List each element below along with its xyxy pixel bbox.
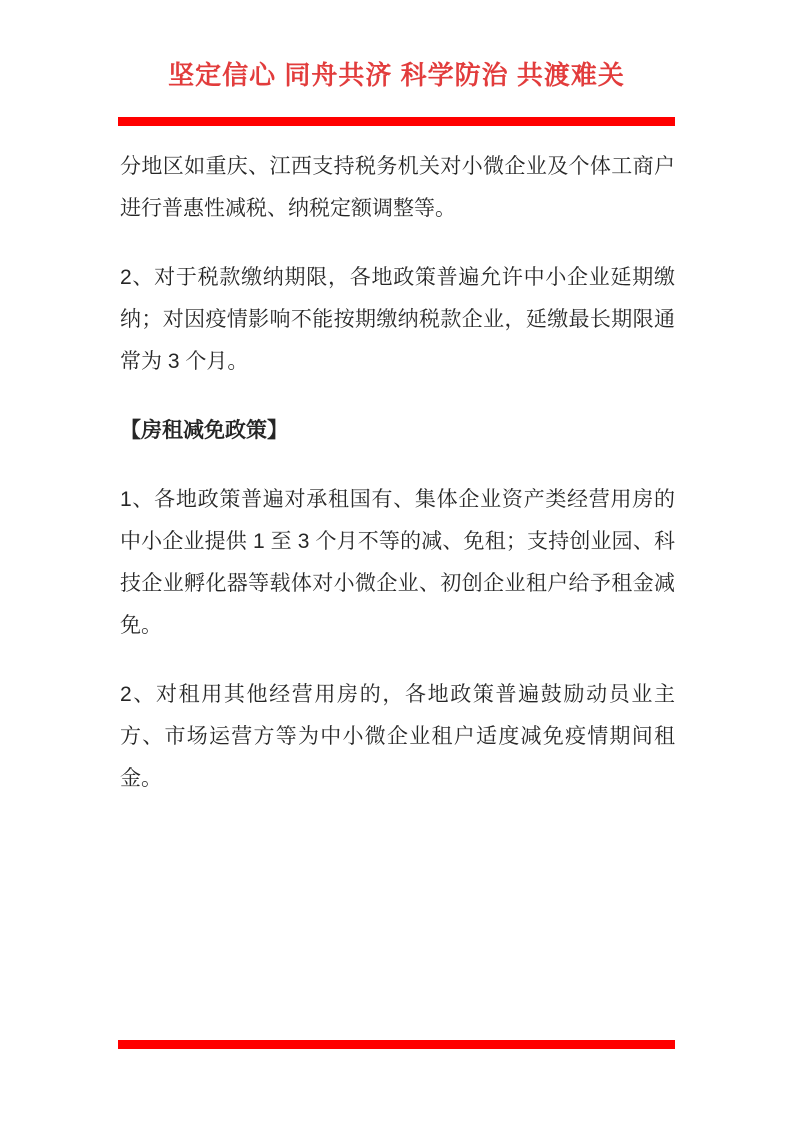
footer-divider-rule: [118, 1040, 675, 1049]
slogan-title: 坚定信心 同舟共济 科学防治 共渡难关: [0, 58, 793, 92]
document-page: 坚定信心 同舟共济 科学防治 共渡难关 分地区如重庆、江西支持税务机关对小微企业…: [0, 0, 793, 1122]
section-heading-rent-relief: 【房租减免政策】: [120, 410, 675, 452]
paragraph-tax-payment-deadline: 2、对于税款缴纳期限，各地政策普遍允许中小企业延期缴纳；对因疫情影响不能按期缴纳…: [120, 257, 675, 383]
header-divider-rule: [118, 117, 675, 126]
paragraph-tax-reduction: 分地区如重庆、江西支持税务机关对小微企业及个体工商户进行普惠性减税、纳税定额调整…: [120, 146, 675, 230]
paragraph-rent-relief-state-owned: 1、各地政策普遍对承租国有、集体企业资产类经营用房的中小企业提供 1 至 3 个…: [120, 479, 675, 647]
paragraph-rent-relief-other: 2、对租用其他经营用房的，各地政策普遍鼓励动员业主方、市场运营方等为中小微企业租…: [120, 674, 675, 800]
article-body: 分地区如重庆、江西支持税务机关对小微企业及个体工商户进行普惠性减税、纳税定额调整…: [120, 146, 675, 800]
